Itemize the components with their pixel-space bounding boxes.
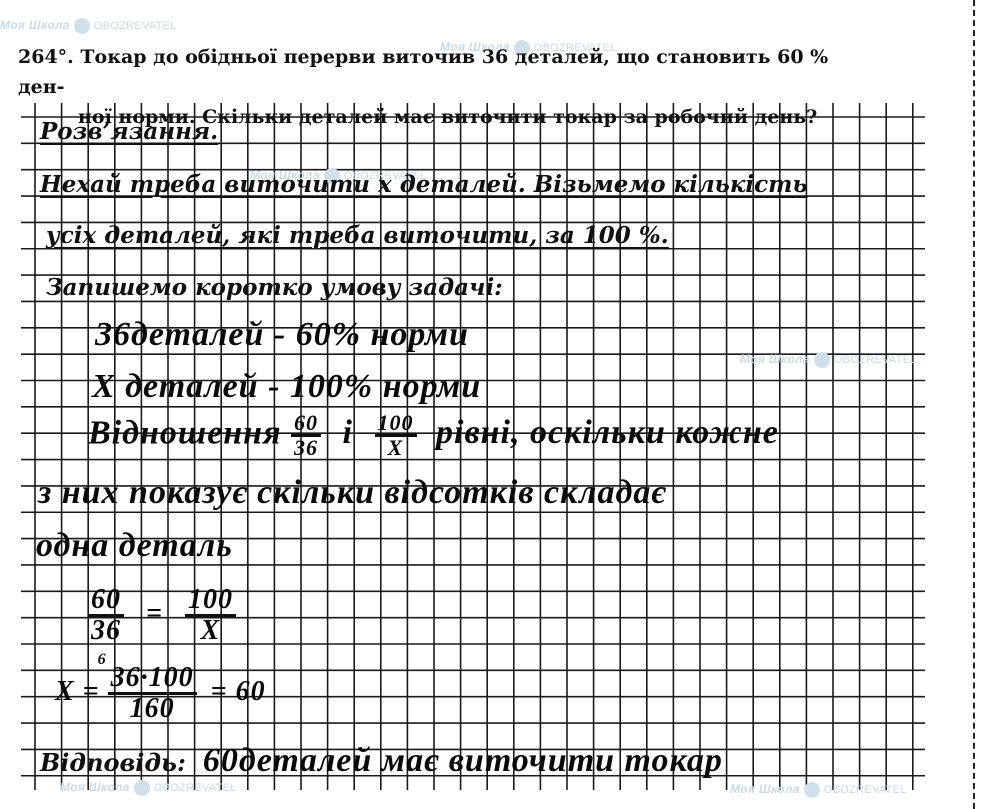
- ratio-line: Відношення 6036 і 100X рівні, оскільки к…: [88, 412, 779, 459]
- fraction-denominator: X: [375, 437, 417, 459]
- fraction-denominator: 160: [108, 695, 197, 723]
- condition-row-1: 36деталей - 60% норми: [95, 316, 469, 354]
- reduction-mark: 6: [98, 652, 107, 668]
- page-edge-line: [973, 0, 978, 809]
- watermark-logo-icon: [814, 352, 830, 368]
- watermark-logo-icon: [74, 18, 90, 34]
- problem-text-line-1: Токар до обідньої перерви виточив 36 дет…: [18, 46, 828, 98]
- explain-line-2: з них показує скільки відсотків складає: [38, 474, 666, 512]
- watermark-brand: OBOZREVATEL: [834, 354, 917, 366]
- watermark-site: Моя Школа: [740, 352, 810, 366]
- ratio-fraction-1: 6036: [291, 412, 321, 459]
- watermark-brand: OBOZREVATEL: [94, 20, 177, 32]
- watermark-logo-icon: [804, 782, 820, 798]
- watermark: Моя ШколаOBOZREVATEL: [0, 18, 177, 34]
- ratio-text-before: Відношення: [88, 414, 282, 451]
- proportion-left-fraction: 6036: [88, 586, 124, 645]
- fraction-numerator: 100: [185, 586, 236, 617]
- answer-line: Відповідь: 60деталей має виточити токар: [40, 742, 723, 780]
- watermark: Моя ШколаOBOZREVATEL: [740, 352, 917, 368]
- ratio-fraction-2: 100X: [375, 412, 417, 459]
- solution-heading: Розв’язання.: [40, 118, 218, 145]
- answer-label: Відповідь:: [40, 748, 186, 777]
- computation-result: = 60: [205, 676, 266, 707]
- watermark-brand: OBOZREVATEL: [154, 782, 237, 794]
- problem-number: 264°.: [18, 46, 74, 68]
- computation-fraction: 6 36·100 160: [108, 664, 197, 723]
- fraction-denominator: 36: [88, 617, 124, 645]
- ratio-and: і: [331, 414, 365, 451]
- watermark-brand: OBOZREVATEL: [824, 784, 907, 796]
- computation-variable: X =: [55, 676, 100, 707]
- proportion: 6036 = 100X: [88, 586, 236, 645]
- fraction-denominator: 36: [291, 437, 321, 459]
- proportion-right-fraction: 100X: [185, 586, 236, 645]
- watermark-site: Моя Школа: [0, 18, 70, 32]
- ratio-text-after: рівні, оскільки кожне: [426, 414, 779, 451]
- solution-intro-line-1: Нехай треба виточити x деталей. Візьмемо…: [40, 171, 808, 198]
- fraction-numerator: 60: [291, 412, 321, 437]
- watermark-site: Моя Школа: [730, 782, 800, 796]
- watermark: Моя ШколаOBOZREVATEL: [730, 782, 907, 798]
- fraction-denominator: X: [185, 617, 236, 645]
- fraction-numerator: 100: [375, 412, 417, 437]
- fraction-numerator: 36·100: [108, 664, 197, 695]
- fraction-numerator: 60: [88, 586, 124, 617]
- watermark-site: Моя Школа: [60, 780, 130, 794]
- explain-line-3: одна деталь: [36, 527, 233, 565]
- computation: X = 6 36·100 160 = 60: [55, 664, 266, 723]
- solution-intro-line-2: усіх деталей, які треба виточити, за 100…: [46, 222, 669, 249]
- watermark: Моя ШколаOBOZREVATEL: [60, 780, 237, 796]
- watermark-logo-icon: [134, 780, 150, 796]
- equals-sign: =: [132, 598, 177, 629]
- condition-label: Запишемо коротко умову задачі:: [46, 274, 503, 301]
- answer-text: 60деталей має виточити токар: [191, 742, 723, 779]
- condition-row-2: X деталей - 100% норми: [92, 368, 481, 406]
